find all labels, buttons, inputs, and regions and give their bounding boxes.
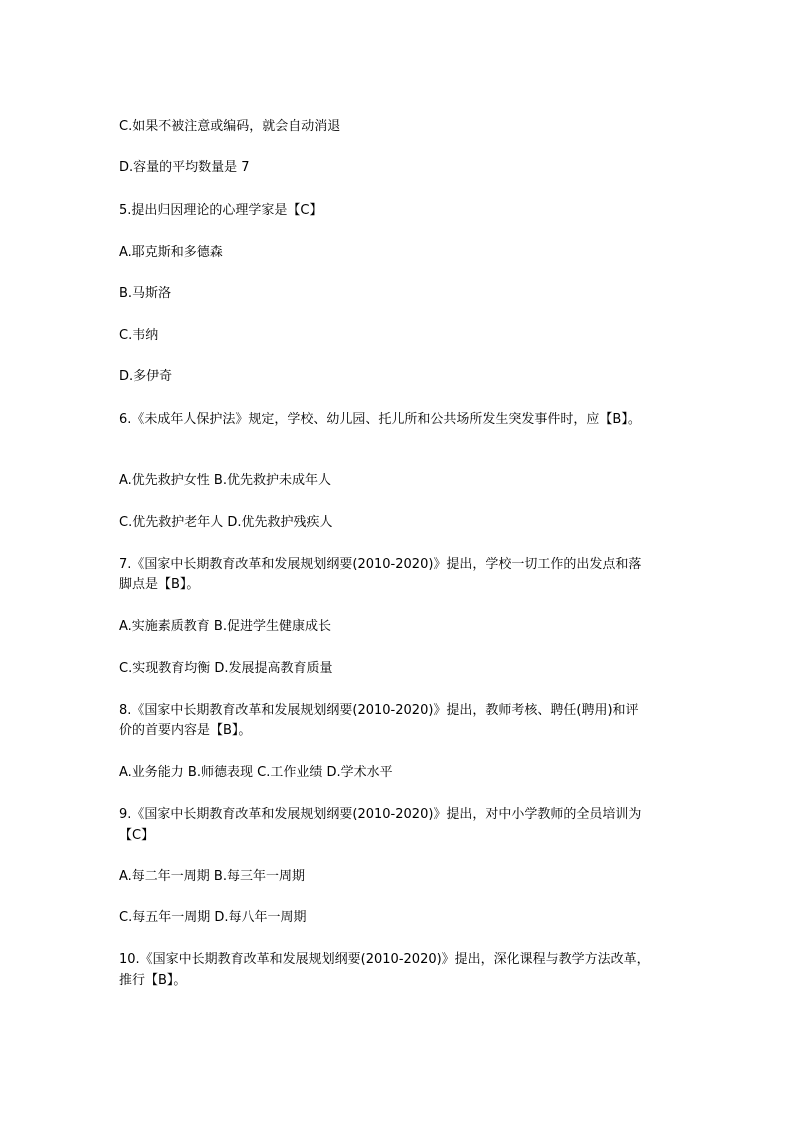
q8-question-line1: 8.《国家中长期教育改革和发展规划纲要(2010-2020)》提出，教师考核、聘… <box>119 701 679 721</box>
q5-question: 5.提出归因理论的心理学家是【C】 <box>119 201 679 221</box>
q5-option-a: A.耶克斯和多德森 <box>119 243 679 263</box>
q9-question-line2: 【C】 <box>119 826 679 846</box>
q4-option-d: D.容量的平均数量是 7 <box>119 158 679 178</box>
q6-options-ab: A.优先救护女性 B.优先救护未成年人 <box>119 471 679 491</box>
q9-options-ab: A.每二年一周期 B.每三年一周期 <box>119 867 679 887</box>
q5-option-d: D.多伊奇 <box>119 367 679 387</box>
q9-options-cd: C.每五年一周期 D.每八年一周期 <box>119 908 679 928</box>
q5-option-c: C.韦纳 <box>119 326 679 346</box>
q7-question-line1: 7.《国家中长期教育改革和发展规划纲要(2010-2020)》提出，学校一切工作… <box>119 555 679 575</box>
q10-question-line1: 10.《国家中长期教育改革和发展规划纲要(2010-2020)》提出，深化课程与… <box>119 950 679 970</box>
q8-question-line2: 价的首要内容是【B】。 <box>119 721 679 741</box>
q6-question: 6.《未成年人保护法》规定，学校、幼儿园、托儿所和公共场所发生突发事件时，应【B… <box>119 410 679 430</box>
q7-options-ab: A.实施素质教育 B.促进学生健康成长 <box>119 617 679 637</box>
q9-question-line1: 9.《国家中长期教育改革和发展规划纲要(2010-2020)》提出，对中小学教师… <box>119 805 679 825</box>
document-page: C.如果不被注意或编码，就会自动消退 D.容量的平均数量是 7 5.提出归因理论… <box>0 0 794 1123</box>
q7-question-line2: 脚点是【B】。 <box>119 575 679 595</box>
q7-options-cd: C.实现教育均衡 D.发展提高教育质量 <box>119 659 679 679</box>
q10-question-line2: 推行【B】。 <box>119 971 679 991</box>
q5-option-b: B.马斯洛 <box>119 284 679 304</box>
q6-options-cd: C.优先救护老年人 D.优先救护残疾人 <box>119 513 679 533</box>
q4-option-c: C.如果不被注意或编码，就会自动消退 <box>119 117 679 137</box>
q8-options: A.业务能力 B.师德表现 C.工作业绩 D.学术水平 <box>119 763 679 783</box>
